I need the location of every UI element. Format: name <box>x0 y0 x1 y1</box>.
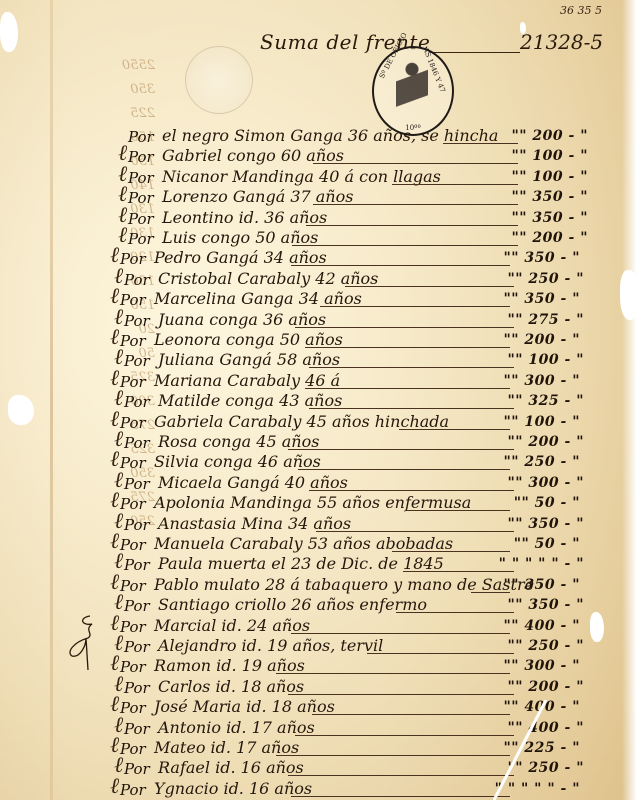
entry-prefix: Por <box>120 495 146 513</box>
ledger-entry: PorSantiago criollo 26 años enfermo"" 35… <box>124 595 584 617</box>
entry-leader-rule <box>396 612 514 613</box>
entry-prefix: Por <box>124 720 150 738</box>
entry-leader-rule <box>399 429 510 430</box>
entry-description: Leontino id. 36 años <box>162 208 327 227</box>
entry-leader-rule <box>288 449 514 450</box>
entry-leader-rule <box>291 265 510 266</box>
entry-prefix: Por <box>128 189 154 207</box>
entry-prefix: Por <box>128 128 154 146</box>
entry-leader-rule <box>345 286 514 287</box>
entry-description: Silvia conga 46 años <box>154 452 321 471</box>
ledger-entry: PorAnastasia Mina 34 años"" 350 - " <box>124 514 584 536</box>
entry-amount: "" 275 - " <box>507 312 584 328</box>
entry-prefix: Por <box>120 332 146 350</box>
entry-leader-rule <box>291 633 510 634</box>
entry-description: Antonio id. 17 años <box>158 718 315 737</box>
entry-leader-rule <box>320 306 510 307</box>
entry-prefix: Por <box>124 352 150 370</box>
ledger-entry: PorLuis congo 50 años"" 200 - " <box>128 228 588 250</box>
entry-leader-rule <box>288 775 514 776</box>
paper-tear <box>620 270 640 320</box>
entry-leader-rule <box>309 490 514 491</box>
entry-amount: " " " " " - " <box>499 556 584 572</box>
entry-amount: "" 350 - " <box>503 250 580 266</box>
entry-prefix: Por <box>120 577 146 595</box>
entry-amount: "" 300 - " <box>503 373 580 389</box>
entry-prefix: Por <box>120 781 146 799</box>
ledger-entry: PorJuana conga 36 años"" 275 - " <box>124 310 584 332</box>
entry-amount: "" 100 - " <box>511 169 588 185</box>
ledger-entry: PorLorenzo Gangá 37 años"" 350 - " <box>128 187 588 209</box>
entry-amount: "" 200 - " <box>511 128 588 144</box>
ledger-entry: PorLeontino id. 36 años"" 350 - " <box>128 208 588 230</box>
entry-brace-flourish: ℓ <box>118 222 127 248</box>
ledger-entry: PorRamon id. 19 años"" 300 - " <box>120 656 580 678</box>
entry-description: Santiago criollo 26 años enfermo <box>158 595 427 614</box>
entry-amount: "" 50 - " <box>514 495 580 511</box>
entry-amount: "" 350 - " <box>511 210 588 226</box>
ledger-entry: PorCristobal Carabaly 42 años"" 250 - " <box>124 269 584 291</box>
entry-prefix: Por <box>124 760 150 778</box>
ledger-entry: PorAlejandro id. 19 años, tervil"" 250 -… <box>124 636 584 658</box>
paper-tear <box>520 22 526 34</box>
ledger-entry: Porel negro Simon Ganga 36 años, se hinc… <box>128 126 588 148</box>
entry-amount: "" 325 - " <box>507 393 584 409</box>
entry-leader-rule <box>309 367 514 368</box>
entry-leader-rule <box>403 571 514 572</box>
ledger-entry: PorMariana Carabaly 46 á"" 300 - " <box>120 371 580 393</box>
entry-leader-rule <box>406 510 510 511</box>
entry-leader-rule <box>392 184 518 185</box>
paper-tear <box>0 12 18 52</box>
entry-prefix: Por <box>120 699 146 717</box>
entry-leader-rule <box>392 551 510 552</box>
ledger-entries: Porel negro Simon Ganga 36 años, se hinc… <box>0 0 640 800</box>
entry-leader-rule <box>443 143 518 144</box>
entry-leader-rule <box>276 755 510 756</box>
entry-amount: "" 350 - " <box>507 516 584 532</box>
ledger-entry: PorMarcial id. 24 años"" 400 - " <box>120 616 580 638</box>
entry-description: Alejandro id. 19 años, tervil <box>158 636 383 655</box>
entry-prefix: Por <box>120 740 146 758</box>
entry-leader-rule <box>305 388 510 389</box>
ledger-entry: PorMicaela Gangá 40 años"" 300 - " <box>124 473 584 495</box>
paper-tear <box>8 395 34 425</box>
paper-tear <box>590 612 604 642</box>
entry-prefix: Por <box>128 148 154 166</box>
entry-leader-rule <box>292 245 518 246</box>
ledger-entry: PorPablo mulato 28 á tabaquero y mano de… <box>120 575 580 597</box>
entry-prefix: Por <box>124 516 150 534</box>
ledger-entry: PorJuliana Gangá 58 años"" 100 - " <box>124 350 584 372</box>
entry-amount: "" 250 - " <box>507 638 584 654</box>
entry-amount: "" 200 - " <box>507 679 584 695</box>
entry-prefix: Por <box>120 618 146 636</box>
entry-prefix: Por <box>120 373 146 391</box>
entry-prefix: Por <box>124 556 150 574</box>
entry-leader-rule <box>288 694 514 695</box>
entry-amount: "" 250 - " <box>507 271 584 287</box>
entry-prefix: Por <box>124 271 150 289</box>
entry-amount: "" 350 - " <box>503 291 580 307</box>
entry-amount: "" 200 - " <box>507 434 584 450</box>
entry-amount: "" 350 - " <box>507 597 584 613</box>
ledger-entry: PorNicanor Mandinga 40 á con llagas"" 10… <box>128 167 588 189</box>
entry-leader-rule <box>306 225 518 226</box>
entry-description: Rafael id. 16 años <box>158 758 304 777</box>
entry-prefix: Por <box>120 658 146 676</box>
ledger-entry: PorGabriel congo 60 años"" 100 - " <box>128 146 588 168</box>
entry-amount: "" 200 - " <box>511 230 588 246</box>
entry-description: Carlos id. 18 años <box>158 677 304 696</box>
entry-amount: "" 50 - " <box>514 536 580 552</box>
entry-prefix: Por <box>124 597 150 615</box>
ledger-entry: PorPaula muerta el 23 de Dic. de 1845" "… <box>124 554 584 576</box>
entry-amount: "" 200 - " <box>503 332 580 348</box>
entry-prefix: Por <box>128 210 154 228</box>
entry-description: Paula muerta el 23 de Dic. de 1845 <box>158 554 444 573</box>
entry-leader-rule <box>367 653 514 654</box>
entry-prefix: Por <box>120 414 146 432</box>
entry-brace-flourish: ℓ <box>110 773 119 799</box>
ledger-entry: PorMatilde conga 43 años"" 325 - " <box>124 391 584 413</box>
entry-amount: "" 350 - " <box>503 577 580 593</box>
entry-prefix: Por <box>124 312 150 330</box>
entry-leader-rule <box>313 204 518 205</box>
entry-prefix: Por <box>124 475 150 493</box>
entry-amount: "" 400 - " <box>503 618 580 634</box>
entry-amount: "" 100 - " <box>507 352 584 368</box>
ledger-entry: PorPedro Gangá 34 años"" 350 - " <box>120 248 580 270</box>
manuscript-page: Suma del frente 21328-5 36 35 5 Sº DE OF… <box>0 0 640 800</box>
entry-amount: "" 300 - " <box>507 475 584 491</box>
ledger-entry: PorManuela Carabaly 53 años abobadas"" 5… <box>120 534 580 556</box>
entry-prefix: Por <box>124 638 150 656</box>
ledger-entry: PorMarcelina Ganga 34 años"" 350 - " <box>120 289 580 311</box>
ledger-entry: PorLeonora conga 50 años"" 200 - " <box>120 330 580 352</box>
entry-leader-rule <box>295 327 514 328</box>
entry-prefix: Por <box>120 454 146 472</box>
entry-prefix: Por <box>120 536 146 554</box>
entry-leader-rule <box>309 408 514 409</box>
entry-prefix: Por <box>124 679 150 697</box>
entry-prefix: Por <box>120 250 146 268</box>
paper-crease <box>490 700 550 800</box>
entry-amount: "" 300 - " <box>503 658 580 674</box>
ledger-entry: PorCarlos id. 18 años"" 200 - " <box>124 677 584 699</box>
ledger-entry: PorRosa conga 45 años"" 200 - " <box>124 432 584 454</box>
entry-leader-rule <box>298 469 510 470</box>
entry-leader-rule <box>276 673 510 674</box>
entry-amount: "" 100 - " <box>511 148 588 164</box>
entry-prefix: Por <box>124 393 150 411</box>
margin-flourish-icon <box>64 612 104 672</box>
entry-prefix: Por <box>120 291 146 309</box>
entry-prefix: Por <box>128 230 154 248</box>
entry-amount: "" 350 - " <box>511 189 588 205</box>
ledger-entry: PorGabriela Carabaly 45 años hinchada"" … <box>120 412 580 434</box>
entry-description: Ygnacio id. 16 años <box>154 779 312 798</box>
entry-leader-rule <box>295 735 514 736</box>
entry-prefix: Por <box>124 434 150 452</box>
entry-leader-rule <box>305 347 510 348</box>
entry-amount: "" 100 - " <box>503 414 580 430</box>
ledger-entry: PorSilvia conga 46 años"" 250 - " <box>120 452 580 474</box>
entry-leader-rule <box>316 531 514 532</box>
entry-description: Marcial id. 24 años <box>154 616 310 635</box>
entry-prefix: Por <box>128 169 154 187</box>
entry-amount: "" 250 - " <box>503 454 580 470</box>
ledger-entry: PorApolonia Mandinga 55 años enfermusa""… <box>120 493 580 515</box>
entry-leader-rule <box>312 714 510 715</box>
entry-leader-rule <box>313 163 518 164</box>
entry-leader-rule <box>291 796 510 797</box>
entry-description: José Maria id. 18 años <box>154 697 335 716</box>
